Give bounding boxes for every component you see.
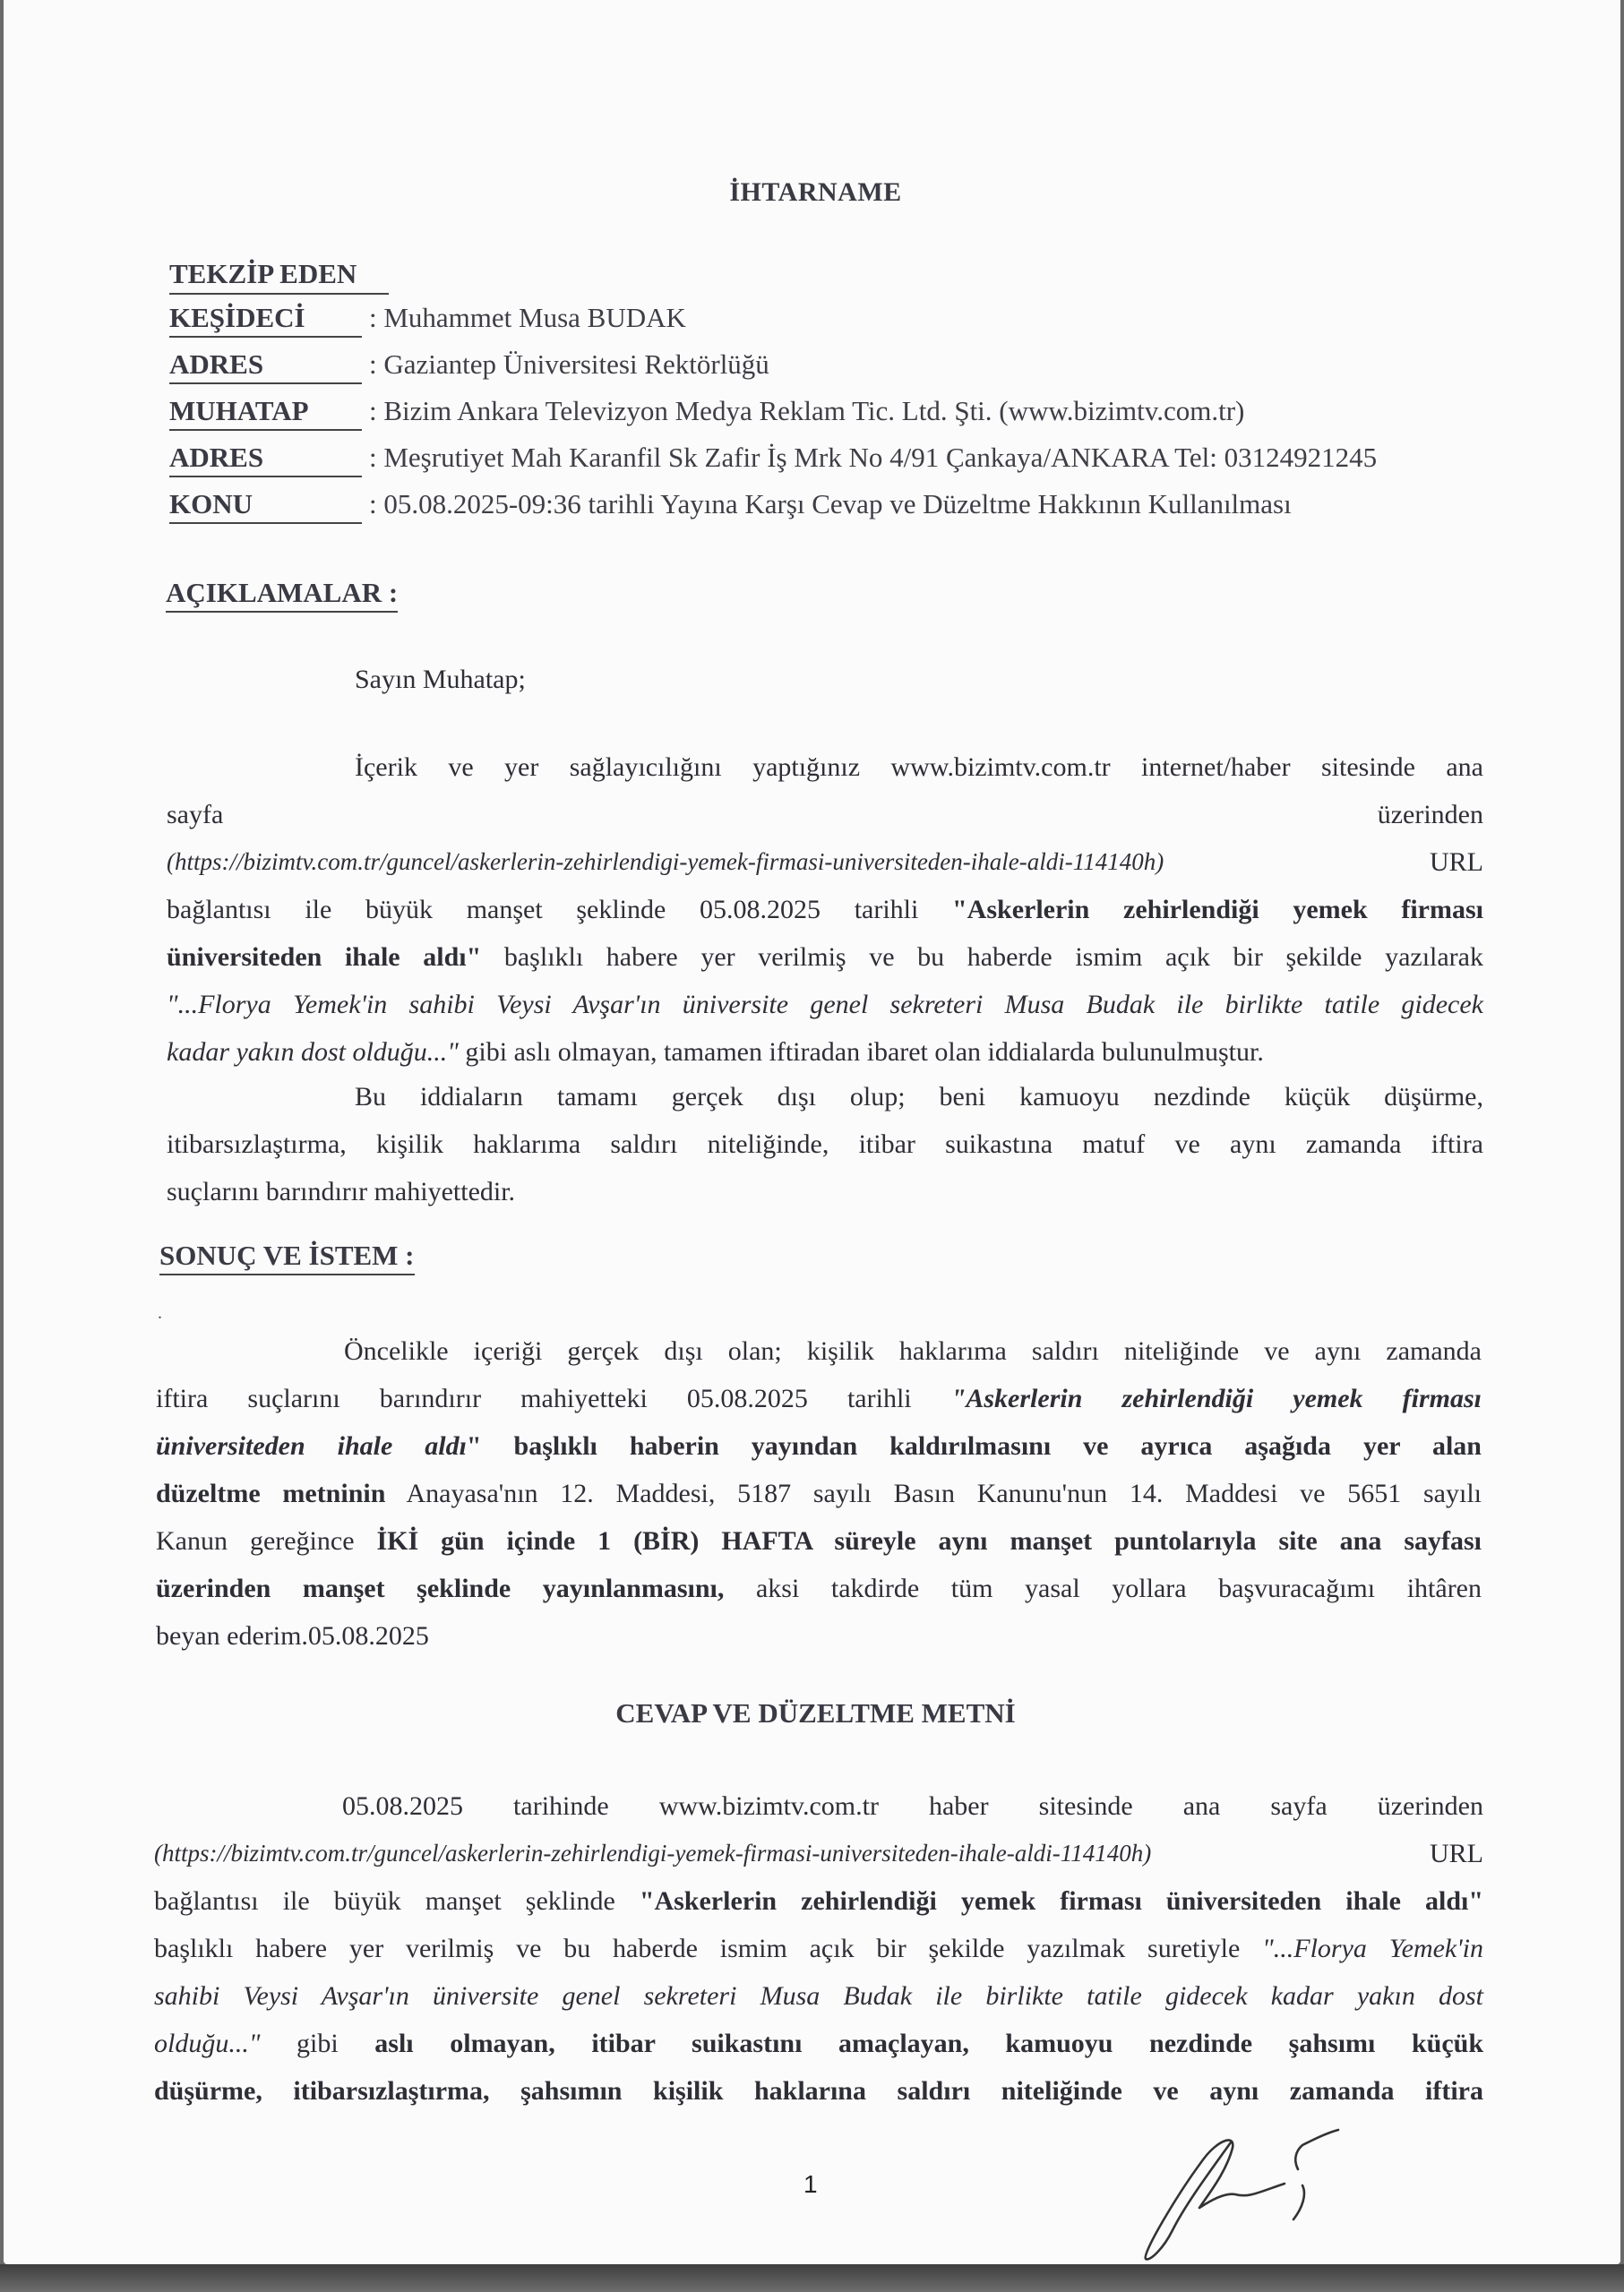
quoted-claim: kadar yakın dost olduğu..."	[167, 1037, 459, 1067]
quoted-claim: olduğu..."	[154, 2029, 260, 2058]
stray-dot: .	[158, 1303, 162, 1324]
header-row-muhatap: MUHATAP : Bizim Ankara Televizyon Medya …	[169, 388, 1377, 434]
text-line: Kanun gereğince	[156, 1526, 377, 1556]
headline-quote: "Askerlerin zehirlendiği yemek firması	[951, 1384, 1482, 1413]
text-line: düzeltme metninin	[156, 1479, 385, 1508]
salutation: Sayın Muhatap;	[355, 656, 892, 703]
text-line: beyan ederim.05.08.2025	[156, 1612, 1482, 1660]
text-line: itibarsızlaştırma, kişilik haklarıma sal…	[167, 1120, 1483, 1168]
header-block: TEKZİP EDEN KEŞİDECİ : Muhammet Musa BUD…	[169, 256, 1377, 528]
text-line: sayfa	[167, 791, 223, 838]
text-line: iftira suçlarını barındırır mahiyetteki …	[156, 1384, 951, 1413]
article-url-link[interactable]: (https://bizimtv.com.tr/guncel/askerleri…	[154, 1830, 1151, 1877]
header-label: KEŞİDECİ	[169, 300, 362, 338]
header-row-kesideci: KEŞİDECİ : Muhammet Musa BUDAK	[169, 295, 1377, 341]
desk-surface	[0, 2264, 1624, 2292]
cevap-heading: CEVAP VE DÜZELTME METNİ	[4, 1697, 1624, 1730]
aciklamalar-heading: AÇIKLAMALAR :	[166, 575, 398, 613]
header-label: MUHATAP	[169, 393, 362, 431]
header-value: : Gaziantep Üniversitesi Rektörlüğü	[369, 348, 769, 381]
headline-quote: üniversiteden ihale aldı"	[167, 942, 481, 972]
text-line: Öncelikle içeriği gerçek dışı olan; kişi…	[344, 1336, 1482, 1366]
header-value: : Muhammet Musa BUDAK	[369, 302, 686, 334]
text-line: bağlantısı ile büyük manşet şeklinde 05.…	[167, 895, 952, 924]
text-line: URL	[1430, 1830, 1483, 1877]
header-value: : 05.08.2025-09:36 tarihli Yayına Karşı …	[369, 488, 1292, 520]
page-number: 1	[803, 2170, 818, 2199]
quoted-claim: sahibi Veysi Avşar'ın üniversite genel s…	[154, 1972, 1483, 2020]
aciklamalar-paragraph-1: İçerik ve yer sağlayıcılığını yaptığınız…	[167, 743, 1483, 1076]
cevap-paragraph: 05.08.2025 tarihinde www.bizimtv.com.tr …	[154, 1782, 1483, 2115]
headline-quote: üniversiteden ihale aldı	[156, 1431, 467, 1461]
header-label: KONU	[169, 486, 362, 524]
header-row-konu: KONU : 05.08.2025-09:36 tarihli Yayına K…	[169, 481, 1377, 528]
text-line: bağlantısı ile büyük manşet şeklinde	[154, 1886, 640, 1916]
text-line: başlıklı habere yer verilmiş ve bu haber…	[481, 942, 1483, 972]
header-label: ADRES	[169, 440, 362, 477]
text-line: suçlarını barındırır mahiyettedir.	[167, 1168, 1483, 1215]
aciklamalar-paragraph-2: Bu iddiaların tamamı gerçek dışı olup; b…	[167, 1073, 1483, 1215]
text-line: üzerinden	[1378, 791, 1483, 838]
demand-text: üzerinden manşet şeklinde yayınlanmasını…	[156, 1574, 724, 1603]
text-line: aksi takdirde tüm yasal yollara başvurac…	[724, 1574, 1482, 1603]
header-value: : Bizim Ankara Televizyon Medya Reklam T…	[369, 395, 1244, 427]
text-line: düşürme, itibarsızlaştırma, şahsımın kiş…	[154, 2067, 1483, 2115]
header-row-adres: ADRES : Gaziantep Üniversitesi Rektörlüğ…	[169, 341, 1377, 388]
text-line: Bu iddiaların tamamı gerçek dışı olup; b…	[355, 1082, 1483, 1112]
quoted-claim: "...Florya Yemek'in sahibi Veysi Avşar'ı…	[167, 981, 1483, 1028]
text-line: URL	[1430, 838, 1483, 886]
text-line: gibi aslı olmayan, tamamen iftiradan iba…	[459, 1037, 1264, 1067]
text-line: 05.08.2025 tarihinde www.bizimtv.com.tr …	[342, 1791, 1483, 1821]
document-title: İHTARNAME	[4, 177, 1624, 208]
sonuc-paragraph: Öncelikle içeriği gerçek dışı olan; kişi…	[156, 1327, 1482, 1660]
text-line: gibi	[260, 2029, 374, 2058]
quoted-claim: "...Florya Yemek'in	[1262, 1934, 1483, 1963]
article-url-link[interactable]: (https://bizimtv.com.tr/guncel/askerleri…	[167, 838, 1164, 886]
sonuc-heading: SONUÇ VE İSTEM :	[159, 1238, 415, 1275]
headline-quote: "Askerlerin zehirlendiği yemek firması ü…	[640, 1886, 1483, 1916]
header-label: ADRES	[169, 347, 362, 384]
signature-icon	[1123, 2123, 1464, 2266]
document-page: İHTARNAME TEKZİP EDEN KEŞİDECİ : Muhamme…	[4, 0, 1620, 2264]
tekzip-eden-label: TEKZİP EDEN	[169, 256, 389, 295]
demand-text: İKİ gün içinde 1 (BİR) HAFTA süreyle ayn…	[377, 1526, 1482, 1556]
text-line: aslı olmayan, itibar suikastını amaçlaya…	[374, 2029, 1483, 2058]
header-row-muhatap-adres: ADRES : Meşrutiyet Mah Karanfil Sk Zafir…	[169, 434, 1377, 481]
header-value: : Meşrutiyet Mah Karanfil Sk Zafir İş Mr…	[369, 442, 1377, 474]
text-line: İçerik ve yer sağlayıcılığını yaptığınız…	[355, 752, 1483, 782]
text-line: Anayasa'nın 12. Maddesi, 5187 sayılı Bas…	[385, 1479, 1482, 1508]
text-line: başlıklı habere yer verilmiş ve bu haber…	[154, 1934, 1262, 1963]
text-line: " başlıklı haberin yayından kaldırılması…	[467, 1431, 1482, 1461]
headline-quote: "Askerlerin zehirlendiği yemek firması	[952, 895, 1483, 924]
